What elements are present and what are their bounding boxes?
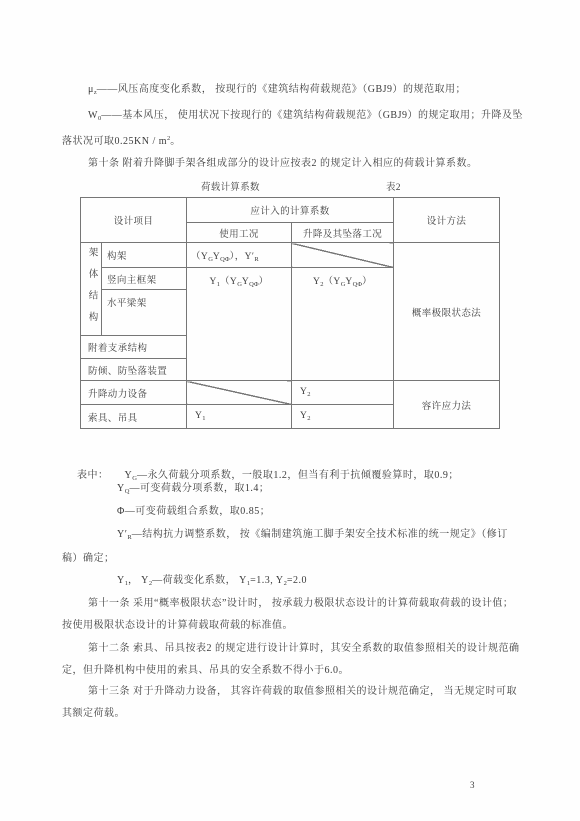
row-label-shuxiang: 竖向主框架 [102, 268, 187, 290]
load-coefficient-table: 设计项目 应计入的计算系数 设计方法 使用工况 升降及其坠落工况 架体结构 构架… [80, 197, 500, 429]
note-gamma-r-cont: 稿）确定； [62, 553, 115, 565]
intro-line-2: W0——基本风压， 使用状况下按现行的《建筑结构荷载规范》（GBJ9）的规定取用… [88, 110, 523, 125]
cell-method-probability: 概率极限状态法 [394, 243, 500, 381]
note-y1-y2: Y1， Y2—荷载变化系数， Y1=1.3, Y2=2.0 [117, 575, 307, 590]
clause-13-line-1: 第十三条 对于升降动力设备， 其容许荷载的取值参照相关的设计规范确定， 当无规定… [88, 686, 517, 698]
row-label-shuiping: 水平梁架 [102, 290, 187, 336]
cell-lift-goujia-na [292, 243, 394, 268]
clause-11-line-2: 按使用极限状态设计的计算荷载取荷载的标准值。 [62, 620, 293, 632]
table-title: 荷载计算系数 [201, 179, 260, 193]
note-phi: Φ—可变荷载组合系数，取0.85； [117, 506, 270, 518]
row-label-goujia: 构架 [102, 243, 187, 268]
th-design-item: 设计项目 [81, 198, 187, 243]
th-lift-condition: 升降及其坠落工况 [292, 223, 394, 243]
cell-use-rigging: Y1 [187, 405, 292, 429]
page-number: 3 [470, 780, 475, 790]
row-label-shengjiang: 升降动力设备 [81, 381, 187, 405]
th-design-method: 设计方法 [394, 198, 500, 243]
document-page: μz——风压高度变化系数， 按现行的《建筑结构荷载规范》（GBJ9）的规范取用；… [0, 0, 580, 821]
th-use-condition: 使用工况 [187, 223, 292, 243]
cell-lift-main: Y2（YGYQΦ） [292, 268, 394, 381]
clause-11-line-1: 第十一条 采用“概率极限状态”设计时， 按承载力极限状态设计的计算荷载取荷载的设… [88, 598, 513, 610]
clause-10: 第十条 附着升降脚手架各组成部分的设计应按表2 的规定计入相应的荷载计算系数。 [88, 158, 478, 170]
cell-lift-rigging: Y2 [292, 405, 394, 429]
clause-12-line-2: 定，但升降机构中使用的索具、吊具的安全系数不得小于6.0。 [62, 665, 349, 677]
group-label-frame-structure: 架体结构 [81, 243, 102, 336]
notes-label: 表中： [77, 470, 109, 482]
note-gamma-r: Y′R—结构抗力调整系数， 按《编制建筑施工脚手架安全技术标准的统一规定》（修订 [117, 529, 508, 544]
clause-12-line-1: 第十二条 索具、吊具按表2 的规定进行设计计算时，其安全系数的取值参照相关的设计… [88, 643, 520, 655]
note-gamma-g: YG—永久荷载分项系数，一般取1.2，但当有利于抗倾覆验算时，取0.9； [125, 470, 459, 481]
cell-use-goujia: （YGYQΦ），Y′R [187, 243, 292, 268]
clause-13-line-2: 其额定荷载。 [62, 708, 125, 720]
cell-use-power-na [187, 381, 292, 405]
intro-line-3: 落状况可取0.25KN / m2。 [62, 133, 181, 148]
row-label-suoju: 索具、吊具 [81, 405, 187, 429]
row-label-fuzhu: 附着支承结构 [81, 336, 187, 359]
row-label-fangqing: 防倾、防坠落装置 [81, 359, 187, 381]
note-gamma-q: YQ—可变荷载分项系数，取1.4； [117, 483, 269, 498]
cell-lift-power: Y2 [292, 381, 394, 405]
frame-structure-vertical-label: 架体结构 [82, 247, 101, 335]
cell-method-allowable: 容许应力法 [394, 381, 500, 429]
th-coefficients: 应计入的计算系数 [187, 198, 394, 223]
cell-use-main: Y1（YGYQΦ） [187, 268, 292, 381]
intro-line-1: μz——风压高度变化系数， 按现行的《建筑结构荷载规范》（GBJ9）的规范取用； [88, 84, 466, 99]
table-caption-number: 表2 [386, 179, 401, 193]
